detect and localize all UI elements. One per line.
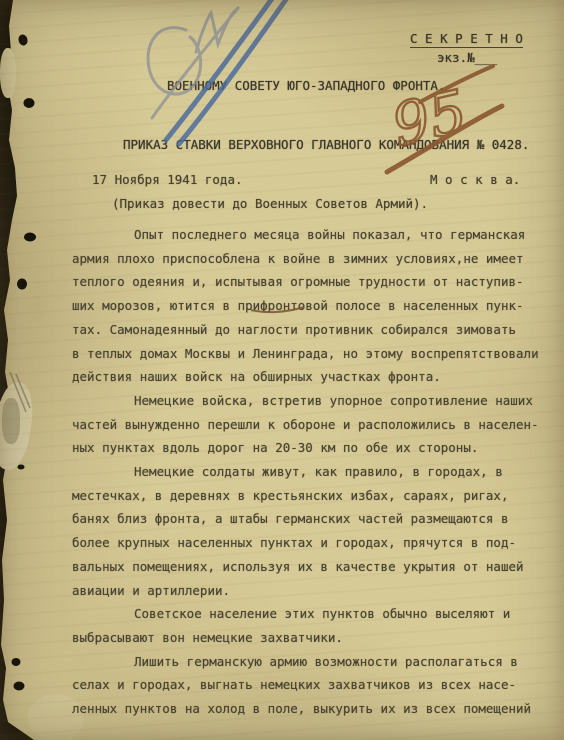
copy-number-line: экз.№___: [437, 50, 497, 65]
paragraph: Немецкие солдаты живут, как правило, в г…: [72, 460, 564, 602]
place-line: М о с к в а.: [430, 172, 520, 187]
paragraph: Опыт последнего месяца войны показал, чт…: [72, 223, 564, 389]
distribution-note: (Приказ довести до Военных Советов Армий…: [112, 196, 428, 211]
order-title: ПРИКАЗ СТАВКИ ВЕРХОВНОГО ГЛАВНОГО КОМАНД…: [123, 137, 529, 152]
date-line: 17 Ноября 1941 года.: [92, 172, 243, 187]
classification-stamp: С Е К Р Е Т Н О: [410, 31, 523, 48]
paragraph: Немецкие войска, встретив упорное сопрот…: [72, 389, 564, 460]
paragraph: Советское население этих пунктов обычно …: [72, 602, 564, 649]
addressee-line: ВОЕННОМУ СОВЕТУ ЮГО-ЗАПАДНОГО ФРОНТА.: [167, 78, 445, 93]
order-body: Опыт последнего месяца войны показал, чт…: [72, 223, 564, 721]
paragraph: Лишить германскую армию возможности расп…: [72, 650, 564, 721]
